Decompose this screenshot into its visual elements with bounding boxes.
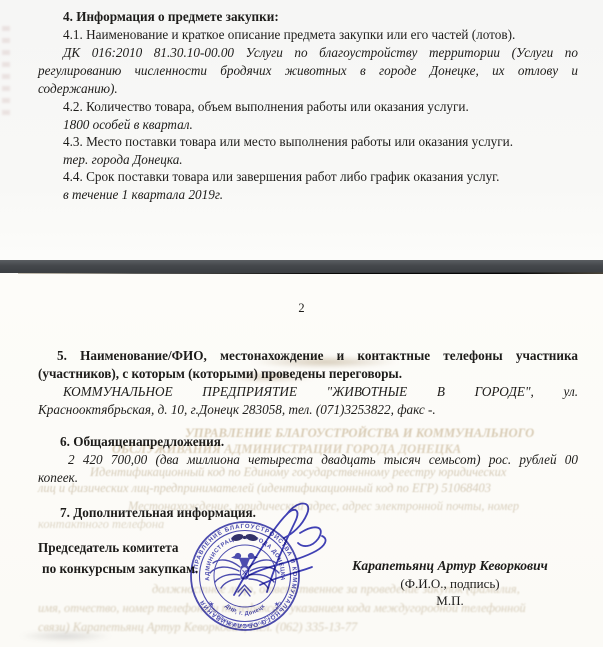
p1-clause-4-1: 4.1. Наименование и краткое описание пре… [63,27,515,43]
ghost-line: УПРАВЛЕНИЕ БЛАГОУСТРОЙСТВА И КОММУНАЛЬНО… [185,426,534,441]
p1-answer-4-1-line2: регулированию численности бродячих живот… [38,63,578,79]
p2-section6-heading: 6. Общаяценапредложения. [60,434,224,450]
p1-clause-4-2: 4.2. Количество товара, объем выполнения… [63,99,469,115]
p1-answer-4-2: 1800 особей в квартал. [63,117,193,133]
p2-participant-line1: КОММУНАЛЬНОЕ ПРЕДПРИЯТИЕ "ЖИВОТНЫЕ В ГОР… [63,384,578,400]
signoff-name-block: Карапетьянц Артур Кеворкович (Ф.И.О., по… [332,558,568,609]
p1-answer-4-1-line1: ДК 016:2010 81.30.10-00.00 Услуги по бла… [63,45,578,61]
p2-section5-heading-line2: (участников), с которым (которыми) прове… [38,366,402,382]
scan-smudge [18,630,113,642]
p2-price-line2: копеек. [38,470,78,486]
ghost-line: лиц и физических лиц-предпринимателей (и… [38,481,491,496]
p1-answer-4-4: в течение 1 квартала 2019г. [63,187,223,203]
p2-price-line1: 2 420 700,00 (два миллиона четыреста два… [68,452,578,468]
signoff-name-caption: (Ф.И.О., подпись) [332,576,568,592]
signoff-role-line2: по конкурсным закупкам. [42,561,198,577]
scan-separator-bar [0,260,603,273]
signoff-name: Карапетьянц Артур Кеворкович [332,558,568,574]
p1-section4-heading: 4. Информация о предмете закупки: [63,9,279,25]
scanned-document: 4. Информация о предмете закупки: 4.1. Н… [0,0,603,647]
p2-participant-line2: Краснооктябрьская, д. 10, г.Донецк 28305… [38,402,436,418]
page-number: 2 [0,300,603,316]
signoff-seal-mark: М.П. [332,593,568,609]
p2-section5-heading-line1: 5. Наименование/ФИО, местонахождение и к… [57,348,578,364]
stamp-star-left: ★ [209,601,214,608]
p1-clause-4-4: 4.4. Срок поставки товара или завершения… [63,169,499,185]
p1-clause-4-3: 4.3. Место поставки товара или место вып… [63,134,513,150]
signoff-role-line1: Председатель комитета [38,540,178,556]
handwritten-signature [224,497,342,611]
p1-answer-4-1-line3: содержанию). [38,81,118,97]
p1-answer-4-3: тер. города Донецка. [63,152,183,168]
scan-edge-artifact [2,26,10,121]
